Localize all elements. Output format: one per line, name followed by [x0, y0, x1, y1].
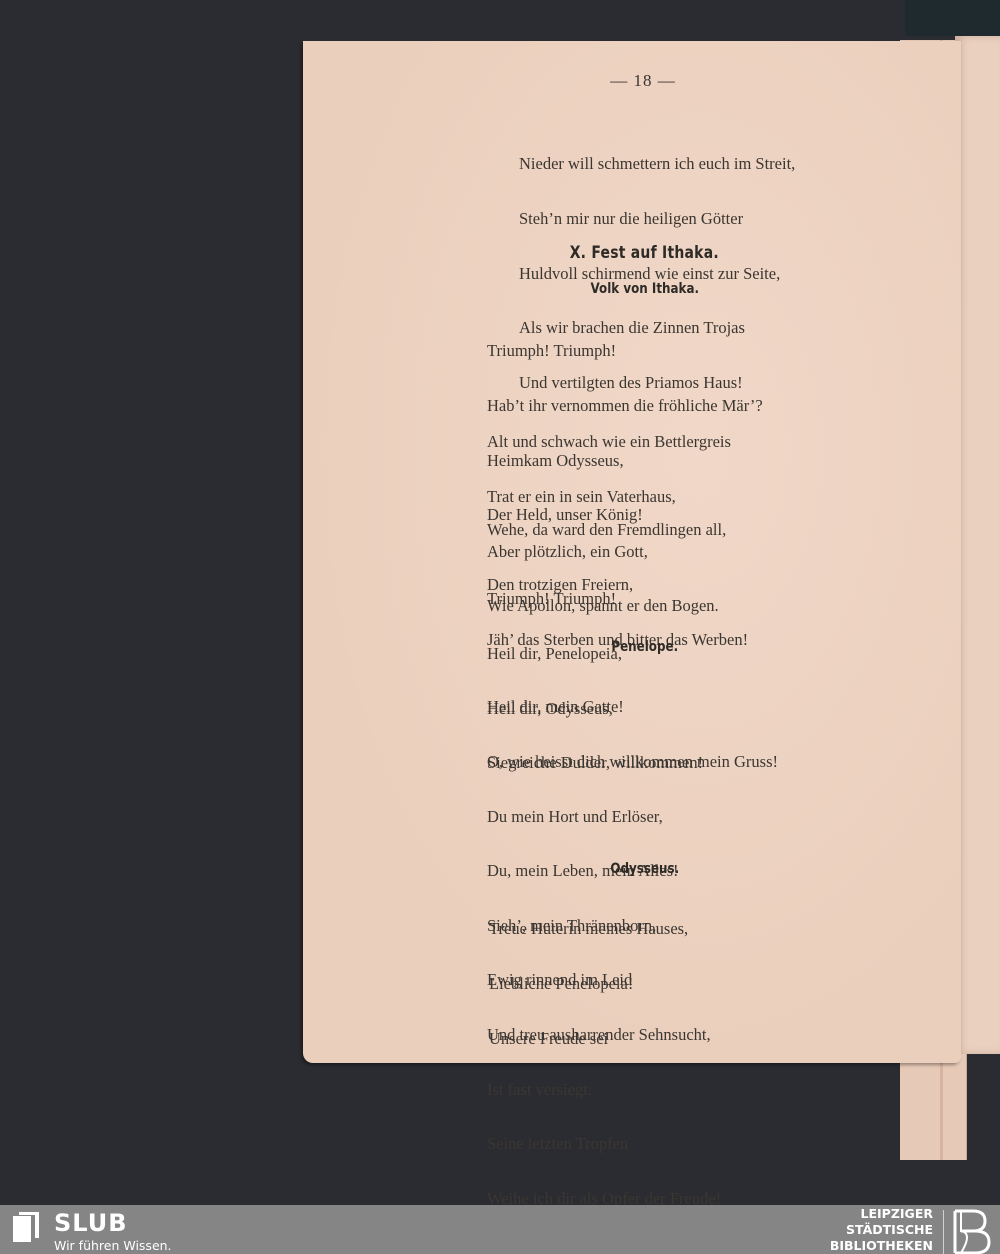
verse-line: Liebliche Penelopeia!: [489, 975, 688, 993]
footer-divider: [943, 1210, 944, 1254]
verse-line: Wehe, da ward den Fremdlingen all,: [487, 521, 748, 539]
verse-line: Nieder will schmettern ich euch im Strei…: [519, 155, 795, 173]
verse-line: Unsere Freude sei: [489, 1030, 688, 1048]
verse-line: Heil dir, mein Gatte!: [487, 698, 778, 716]
stanza: Treue Hüterin meines Hauses, Liebliche P…: [489, 884, 688, 1084]
leipzig-library-name[interactable]: LEIPZIGER STÄDTISCHE BIBLIOTHEKEN: [830, 1206, 933, 1254]
verse-line: Treue Hüterin meines Hauses,: [489, 920, 688, 938]
verse-line: Steh’n mir nur die heiligen Götter: [519, 210, 795, 228]
speaker-heading: Odysseus.: [352, 861, 911, 877]
book-page: — 18 — Nieder will schmettern ich euch i…: [303, 41, 961, 1063]
slub-book-icon: [13, 1212, 39, 1242]
verse-line: O, wie heisst dich willkommen mein Gruss…: [487, 753, 778, 771]
verse-line: Seine letzten Tropfen: [487, 1135, 778, 1153]
scan-viewport: — 18 — Nieder will schmettern ich euch i…: [0, 0, 1000, 1205]
page-number: — 18 —: [303, 71, 961, 91]
slub-logo-text[interactable]: SLUB: [54, 1209, 128, 1237]
scan-background-edge: [905, 0, 1000, 36]
slub-tagline: Wir führen Wissen.: [54, 1238, 172, 1253]
speaker-heading: Volk von Ithaka.: [352, 281, 911, 297]
facing-page-edge: [955, 36, 1000, 1054]
viewer-footer: SLUB Wir führen Wissen. LEIPZIGER STÄDTI…: [0, 1205, 1000, 1254]
section-title: X. Fest auf Ithaka.: [362, 243, 902, 263]
library-name-line: BIBLIOTHEKEN: [830, 1238, 933, 1254]
verse-line: Du mein Hort und Erlöser,: [487, 808, 778, 826]
library-name-line: LEIPZIGER: [830, 1206, 933, 1222]
library-name-line: STÄDTISCHE: [830, 1222, 933, 1238]
verse-line: Triumph! Triumph!: [487, 342, 763, 360]
speaker-heading: Penelope.: [352, 639, 911, 655]
lsb-b-logo-icon: [951, 1209, 991, 1254]
verse-line: Triumph! Triumph!: [487, 590, 703, 608]
verse-line: Alt und schwach wie ein Bettlergreis: [487, 433, 731, 451]
